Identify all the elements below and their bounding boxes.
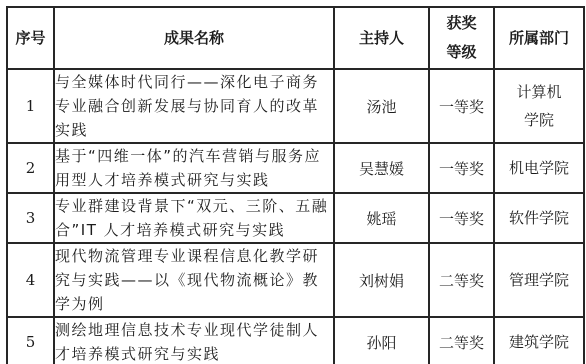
cell-index: 5 <box>7 317 54 364</box>
header-achievement-name: 成果名称 <box>54 7 334 69</box>
table-row: 4 现代物流管理专业课程信息化教学研究与实践——以《现代物流概论》教学为例 刘树… <box>7 243 584 317</box>
cell-department: 软件学院 <box>494 193 584 243</box>
header-host: 主持人 <box>334 7 429 69</box>
cell-award-level: 一等奖 <box>429 193 494 243</box>
cell-award-level: 二等奖 <box>429 243 494 317</box>
cell-index: 1 <box>7 69 54 143</box>
cell-index: 3 <box>7 193 54 243</box>
cell-host: 姚瑶 <box>334 193 429 243</box>
cell-achievement-name: 测绘地理信息技术专业现代学徒制人才培养模式研究与实践 <box>54 317 334 364</box>
cell-host: 汤池 <box>334 69 429 143</box>
cell-index: 4 <box>7 243 54 317</box>
cell-award-level: 一等奖 <box>429 143 494 193</box>
cell-index: 2 <box>7 143 54 193</box>
cell-department: 管理学院 <box>494 243 584 317</box>
cell-host: 刘树娟 <box>334 243 429 317</box>
cell-department: 计算机 学院 <box>494 69 584 143</box>
header-department: 所属部门 <box>494 7 584 69</box>
header-award-level: 获奖 等级 <box>429 7 494 69</box>
table-row: 1 与全媒体时代同行——深化电子商务专业融合创新发展与协同育人的改革实践 汤池 … <box>7 69 584 143</box>
awards-table: 序号 成果名称 主持人 获奖 等级 所属部门 1 与全媒体时代同行——深化电子商… <box>6 6 585 364</box>
table-row: 3 专业群建设背景下“双元、三阶、五融合”IT 人才培养模式研究与实践 姚瑶 一… <box>7 193 584 243</box>
cell-achievement-name: 专业群建设背景下“双元、三阶、五融合”IT 人才培养模式研究与实践 <box>54 193 334 243</box>
cell-department: 机电学院 <box>494 143 584 193</box>
header-index: 序号 <box>7 7 54 69</box>
cell-achievement-name: 现代物流管理专业课程信息化教学研究与实践——以《现代物流概论》教学为例 <box>54 243 334 317</box>
table-row: 2 基于“四维一体”的汽车营销与服务应用型人才培养模式研究与实践 吴慧媛 一等奖… <box>7 143 584 193</box>
cell-host: 孙阳 <box>334 317 429 364</box>
cell-achievement-name: 基于“四维一体”的汽车营销与服务应用型人才培养模式研究与实践 <box>54 143 334 193</box>
cell-achievement-name: 与全媒体时代同行——深化电子商务专业融合创新发展与协同育人的改革实践 <box>54 69 334 143</box>
table-row: 5 测绘地理信息技术专业现代学徒制人才培养模式研究与实践 孙阳 二等奖 建筑学院 <box>7 317 584 364</box>
cell-host: 吴慧媛 <box>334 143 429 193</box>
header-row: 序号 成果名称 主持人 获奖 等级 所属部门 <box>7 7 584 69</box>
cell-department: 建筑学院 <box>494 317 584 364</box>
cell-award-level: 二等奖 <box>429 317 494 364</box>
cell-award-level: 一等奖 <box>429 69 494 143</box>
